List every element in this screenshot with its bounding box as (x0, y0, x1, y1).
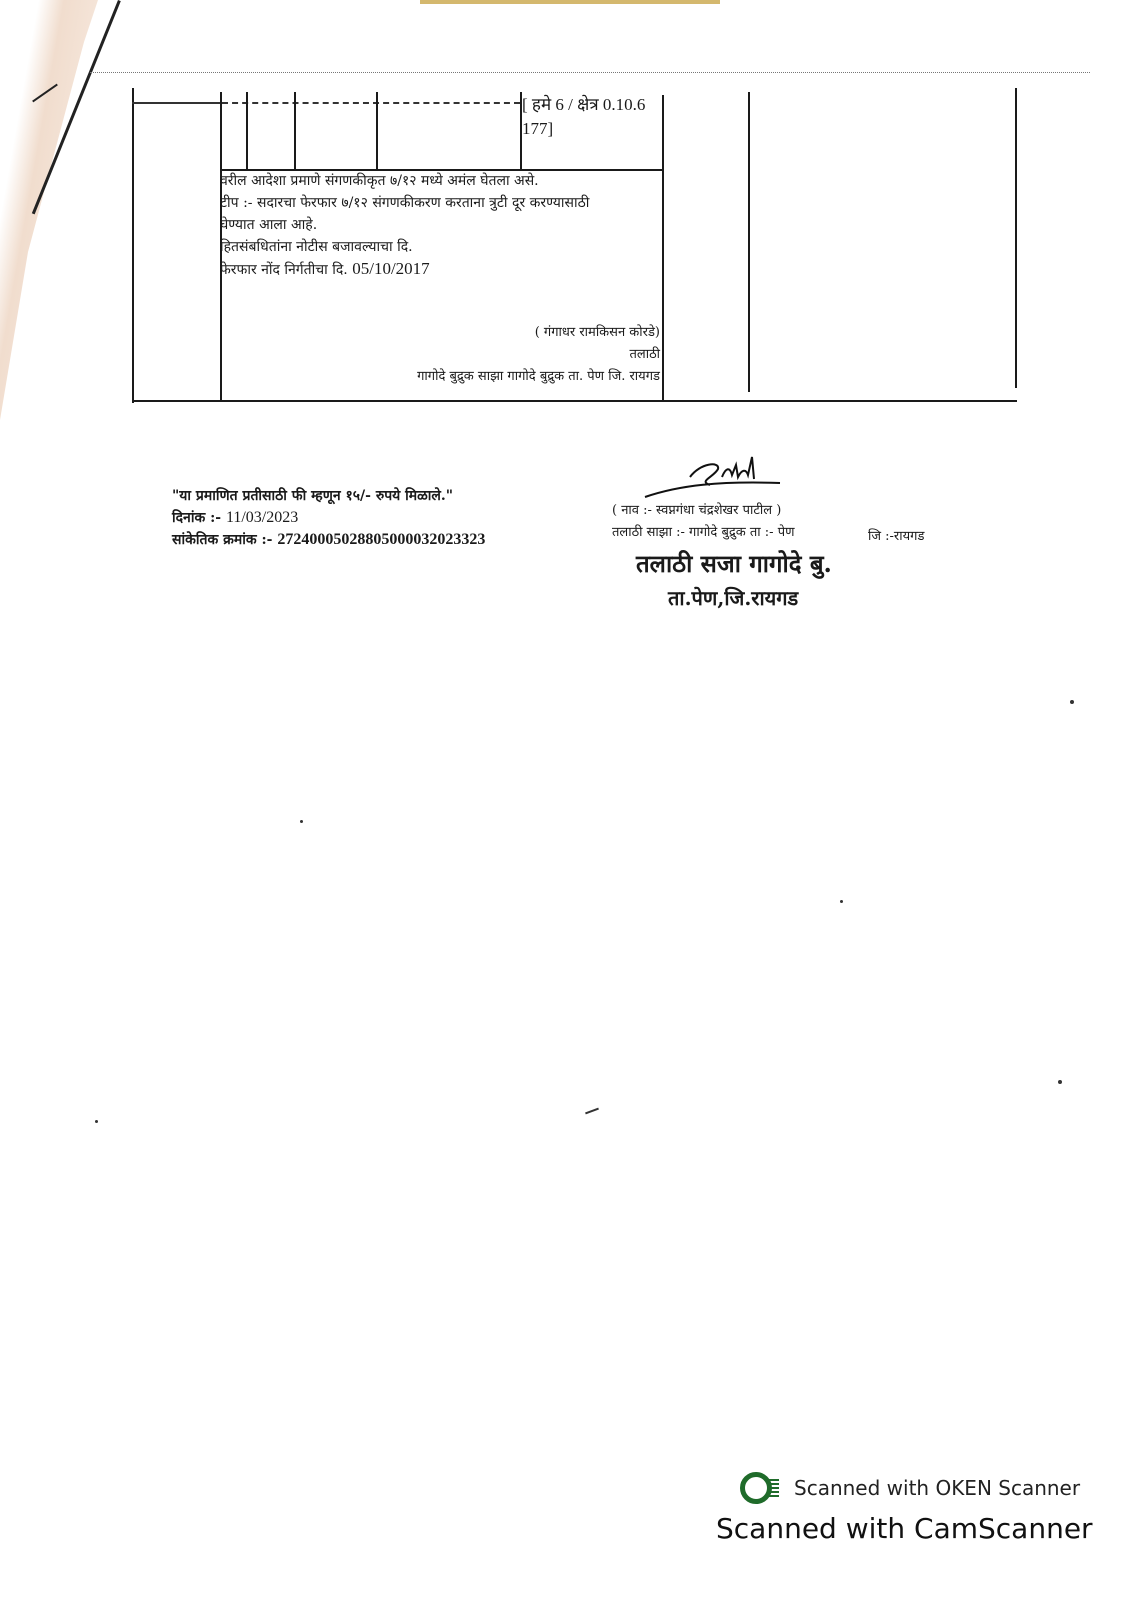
oken-watermark: Scanned with OKEN Scanner (740, 1472, 1080, 1504)
officer-name: ( गंगाधर रामकिसन कोरडे) (260, 322, 660, 344)
certificate-block: "या प्रमाणित प्रतीसाठी फी म्हणून १५/- रु… (172, 485, 485, 551)
scan-speck (1070, 700, 1074, 704)
stamp-line: ता.पेण,जि.रायगड (636, 581, 832, 615)
remarks-note: टीप :- सदारचा फेरफार ७/१२ संगणकीकरण करता… (220, 192, 660, 214)
certificate-date-label: दिनांक :- (172, 510, 221, 526)
page-edge-shadow (0, 0, 140, 420)
certificate-code-label: सांकेतिक क्रमांक :- (172, 532, 272, 548)
officer-block: ( गंगाधर रामकिसन कोरडे) तलाठी गागोदे बुद… (260, 322, 660, 388)
scan-artifact-rule (90, 72, 1090, 73)
scan-speck (840, 900, 843, 903)
area-cell-line: [ हमे 6 / क्षेत्र 0.10.6 (522, 93, 662, 117)
fee-note: "या प्रमाणित प्रतीसाठी फी म्हणून १५/- रु… (172, 485, 485, 507)
table-border-right (1015, 88, 1017, 388)
signatory-saja: तलाठी साझा :- गागोदे बुद्रुक ता :- पेण (612, 522, 794, 544)
mutation-date-label: फेरफार नोंद निर्गतीचा दि. (220, 262, 348, 278)
stamp-line: तलाठी सजा गागोदे बु. (636, 549, 832, 578)
signatory-district: जि :-रायगड (868, 526, 924, 544)
table-column-divider (748, 92, 750, 392)
area-cell: [ हमे 6 / क्षेत्र 0.10.6 177] (522, 93, 662, 141)
table-column-divider (246, 92, 248, 170)
scan-speck (300, 820, 303, 823)
previous-page-edge (420, 0, 720, 4)
certificate-date-value: 11/03/2023 (226, 509, 298, 526)
scan-speck (1058, 1080, 1062, 1084)
table-column-divider (294, 92, 296, 170)
signatory-name: ( नाव :- स्वप्नगंधा चंद्रशेखर पाटील ) (612, 500, 794, 522)
mutation-date-value: 05/10/2017 (352, 259, 429, 278)
remarks-block: वरील आदेशा प्रमाणे संगणकीकृत ७/१२ मध्ये … (220, 170, 660, 281)
signatory-block: ( नाव :- स्वप्नगंधा चंद्रशेखर पाटील ) तल… (612, 500, 794, 544)
remarks-line: वरील आदेशा प्रमाणे संगणकीकृत ७/१२ मध्ये … (220, 170, 660, 192)
notice-date-label: हितसंबधितांना नोटीस बजावल्याचा दि. (220, 236, 660, 258)
oken-scanner-logo-icon (740, 1472, 772, 1504)
scan-speck (95, 1120, 98, 1123)
remarks-line: घेण्यात आला आहे. (220, 214, 660, 236)
oken-watermark-text: Scanned with OKEN Scanner (794, 1476, 1080, 1500)
scan-speck (585, 1108, 599, 1115)
official-stamp: तलाठी सजा गागोदे बु. ता.पेण,जि.रायगड (636, 547, 832, 615)
table-column-divider (662, 95, 664, 400)
table-column-divider (376, 92, 378, 170)
table-border-left (132, 88, 134, 403)
certificate-date-row: दिनांक :- 11/03/2023 (172, 507, 485, 529)
table-top-dashed-rule (222, 102, 520, 104)
table-border-bottom (132, 400, 1017, 402)
handwritten-signature-icon (640, 455, 790, 505)
area-cell-line: 177] (522, 117, 662, 141)
mutation-date-row: फेरफार नोंद निर्गतीचा दि. 05/10/2017 (220, 258, 660, 281)
table-top-rule (132, 102, 220, 104)
officer-jurisdiction: गागोदे बुद्रुक साझा गागोदे बुद्रुक ता. प… (260, 366, 660, 388)
camscanner-watermark: Scanned with CamScanner (716, 1512, 1093, 1545)
officer-designation: तलाठी (260, 344, 660, 366)
certificate-code-value: 27240005028805000032023323 (277, 531, 485, 548)
certificate-code-row: सांकेतिक क्रमांक :- 27240005028805000032… (172, 529, 485, 551)
